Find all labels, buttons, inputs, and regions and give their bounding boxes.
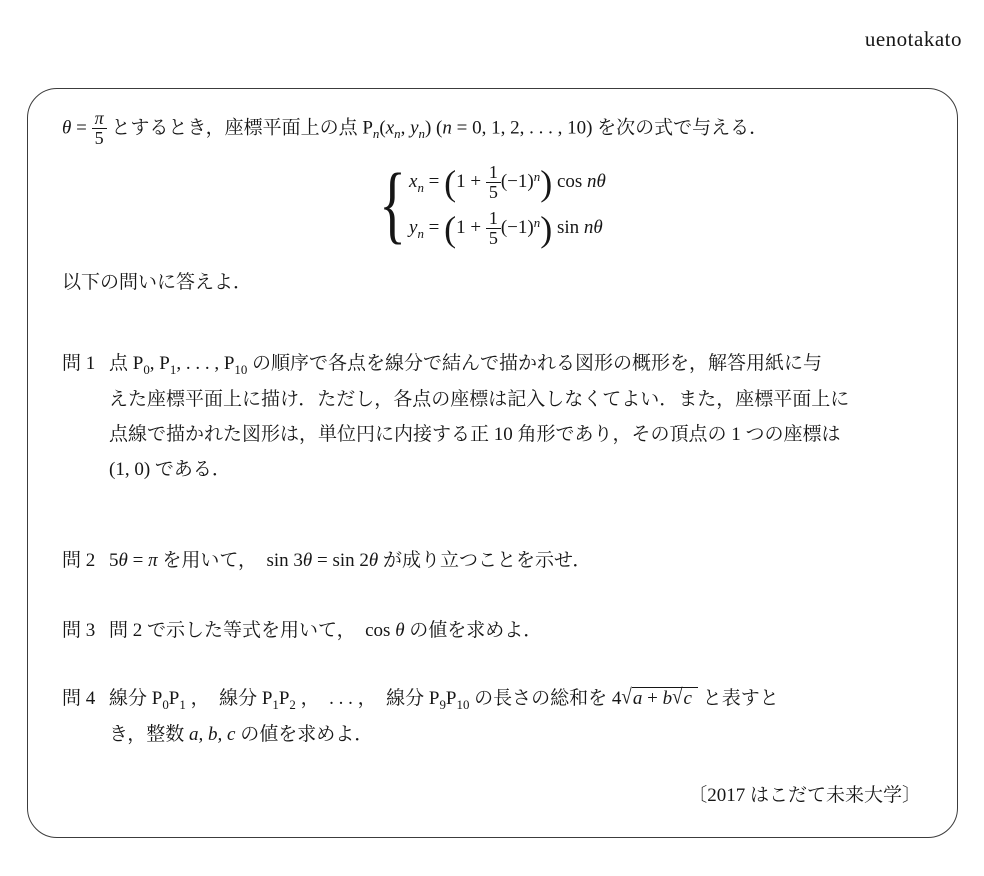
- left-brace-glyph: {: [379, 162, 406, 249]
- math-run: = sin 2: [312, 550, 369, 571]
- math-run: き，整数: [109, 724, 189, 745]
- math-run: nθ: [587, 171, 606, 192]
- math-run: 1: [179, 697, 185, 712]
- math-run: 1 +: [456, 171, 486, 192]
- math-run: , . . . , P: [176, 353, 234, 374]
- math-run: 0: [162, 697, 168, 712]
- math-run: nθ: [584, 217, 603, 238]
- math-run: (−1): [501, 217, 534, 238]
- math-run: ) (: [425, 117, 442, 138]
- math-run: c: [684, 688, 692, 709]
- math-run: θ: [62, 117, 71, 138]
- question-body: 線分 P0P1 ， 線分 P1P2 ， . . . ， 線分 P9P10 の長さ…: [109, 681, 923, 752]
- equation-xn: xn = (1 + 15(−1)n) cos nθ: [409, 159, 606, 205]
- math-run: θ: [395, 620, 404, 641]
- radical-glyph: √: [672, 678, 682, 717]
- math-run: (−1): [501, 171, 534, 192]
- math-run: n: [373, 126, 379, 141]
- math-run: 1: [489, 162, 498, 182]
- math-run: ， 線分 P: [186, 688, 273, 709]
- math-run: =: [424, 171, 444, 192]
- source-attribution: 〔2017 はこだて未来大学〕: [688, 780, 921, 807]
- math-run: x: [386, 117, 394, 138]
- sqrt-radical: √a + b√c: [621, 688, 698, 709]
- math-run: と表すと: [698, 688, 779, 709]
- math-run: 5: [109, 550, 119, 571]
- question-label: 問 3: [62, 613, 109, 648]
- math-run: 問 2 で示した等式を用いて， cos: [109, 620, 395, 641]
- question-line: 5θ = π を用いて， sin 3θ = sin 2θ が成り立つことを示せ．: [109, 543, 923, 578]
- math-run: a: [633, 688, 643, 709]
- math-run: , P: [150, 353, 170, 374]
- sqrt-radical: √c: [672, 688, 695, 709]
- math-run: を用いて， sin 3: [158, 550, 303, 571]
- equation-yn: yn = (1 + 15(−1)n) sin nθ: [409, 205, 606, 251]
- math-run: の長さの総和を 4: [469, 688, 621, 709]
- math-run: えた座標平面上に描け．ただし，各点の座標は記入しなくてよい．また，座標平面上に: [109, 389, 849, 410]
- math-run: 1: [489, 208, 498, 228]
- math-run: 10: [456, 697, 469, 712]
- math-run: θ: [303, 550, 312, 571]
- math-run: 2: [289, 697, 295, 712]
- question-line: 点線で描かれた図形は，単位円に内接する正 10 角形であり，その頂点の 1 つの…: [109, 417, 923, 452]
- math-run: n: [534, 215, 540, 230]
- math-run: (: [444, 209, 456, 249]
- math-run: cos: [552, 171, 587, 192]
- math-run: sin: [552, 217, 584, 238]
- math-run: π: [148, 550, 158, 571]
- math-run: 9: [439, 697, 445, 712]
- math-run: とするとき，座標平面上の点 P: [107, 117, 373, 138]
- math-run: = 0, 1, 2, . . . , 10) を次の式で与える．: [452, 117, 768, 138]
- math-run: の順序で各点を線分で結んで描かれる図形の概形を，解答用紙に与: [247, 353, 822, 374]
- math-run: (1, 0) である．: [109, 459, 231, 480]
- author-label: uenotakato: [865, 27, 962, 52]
- question-label: 問 2: [62, 543, 109, 578]
- questions: 問 1点 P0, P1, . . . , P10 の順序で各点を線分で結んで描か…: [62, 346, 923, 752]
- question-line: 線分 P0P1 ， 線分 P1P2 ， . . . ， 線分 P9P10 の長さ…: [109, 681, 923, 717]
- math-run: ): [540, 209, 552, 249]
- lead-line: 以下の問いに答えよ．: [62, 267, 923, 294]
- math-run: P: [279, 688, 290, 709]
- math-run: の値を求めよ．: [235, 724, 373, 745]
- fraction: π5: [92, 109, 107, 149]
- math-run: 点線で描かれた図形は，単位円に内接する正 10 角形であり，その頂点の 1 つの…: [109, 424, 841, 445]
- fraction: 15: [486, 163, 501, 203]
- math-run: n: [417, 180, 423, 195]
- math-run: =: [71, 117, 91, 138]
- math-run: の値を求めよ．: [405, 620, 543, 641]
- math-run: P: [169, 688, 180, 709]
- question-body: 点 P0, P1, . . . , P10 の順序で各点を線分で結んで描かれる図…: [109, 346, 923, 487]
- question-line: 点 P0, P1, . . . , P10 の順序で各点を線分で結んで描かれる図…: [109, 346, 923, 382]
- question-line: き，整数 a, b, c の値を求めよ．: [109, 717, 923, 752]
- intro-line: θ = π5 とするとき，座標平面上の点 Pn(xn, yn) (n = 0, …: [62, 109, 923, 149]
- math-run: 1: [272, 697, 278, 712]
- math-run: π: [95, 108, 104, 128]
- equation-column: xn = (1 + 15(−1)n) cos nθ yn = (1 + 15(−…: [409, 159, 606, 251]
- question-block: 問 3問 2 で示した等式を用いて， cos θ の値を求めよ．: [62, 613, 923, 648]
- problem-box: θ = π5 とするとき，座標平面上の点 Pn(xn, yn) (n = 0, …: [27, 88, 958, 838]
- math-run: 1 +: [456, 217, 486, 238]
- math-run: =: [424, 217, 444, 238]
- math-run: 0: [143, 362, 149, 377]
- math-run: ): [540, 163, 552, 203]
- radical-glyph: √: [621, 678, 631, 717]
- fraction: 15: [486, 209, 501, 249]
- question-block: 問 4線分 P0P1 ， 線分 P1P2 ， . . . ， 線分 P9P10 …: [62, 681, 923, 752]
- question-label: 問 4: [62, 681, 109, 752]
- math-run: θ: [119, 550, 128, 571]
- question-block: 問 1点 P0, P1, . . . , P10 の順序で各点を線分で結んで描か…: [62, 346, 923, 487]
- math-run: n: [442, 117, 452, 138]
- math-run: (: [444, 163, 456, 203]
- math-run: が成り立つことを示せ．: [378, 550, 591, 571]
- math-run: =: [128, 550, 148, 571]
- math-run: ， . . . ， 線分 P: [296, 688, 440, 709]
- question-line: (1, 0) である．: [109, 452, 923, 487]
- math-run: P: [446, 688, 457, 709]
- math-run: 線分 P: [109, 688, 162, 709]
- math-run: 10: [234, 362, 247, 377]
- math-run: n: [394, 126, 400, 141]
- question-body: 5θ = π を用いて， sin 3θ = sin 2θ が成り立つことを示せ．: [109, 543, 923, 578]
- question-line: えた座標平面上に描け．ただし，各点の座標は記入しなくてよい．また，座標平面上に: [109, 382, 923, 417]
- question-line: 問 2 で示した等式を用いて， cos θ の値を求めよ．: [109, 613, 923, 648]
- math-run: n: [534, 169, 540, 184]
- math-run: θ: [369, 550, 378, 571]
- math-run: 点 P: [109, 353, 143, 374]
- question-block: 問 25θ = π を用いて， sin 3θ = sin 2θ が成り立つことを…: [62, 543, 923, 578]
- math-run: y: [410, 117, 418, 138]
- equation-system: { xn = (1 + 15(−1)n) cos nθ yn = (1 + 15…: [62, 159, 923, 251]
- math-run: +: [642, 688, 662, 709]
- math-run: ,: [401, 117, 411, 138]
- math-run: 1: [170, 362, 176, 377]
- math-run: a, b, c: [189, 724, 235, 745]
- math-run: 5: [489, 228, 498, 248]
- math-run: n: [419, 126, 425, 141]
- question-label: 問 1: [62, 346, 109, 487]
- question-body: 問 2 で示した等式を用いて， cos θ の値を求めよ．: [109, 613, 923, 648]
- math-run: 5: [95, 128, 104, 148]
- math-run: 5: [489, 182, 498, 202]
- math-run: b: [663, 688, 673, 709]
- math-run: n: [417, 226, 423, 241]
